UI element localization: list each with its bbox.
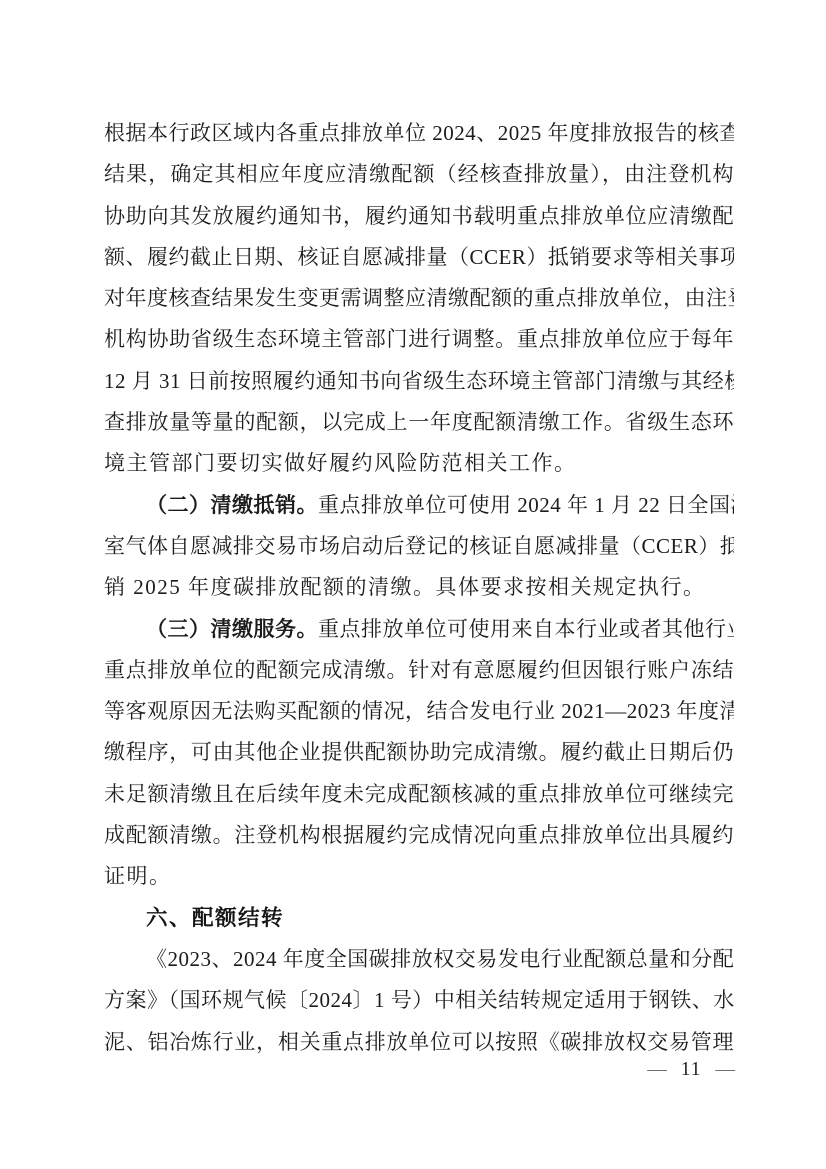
footer-dash-right: — bbox=[716, 1056, 736, 1084]
body-line: 成配额清缴。注登机构根据履约完成情况向重点排放单位出具履约 bbox=[104, 815, 734, 856]
body-line: 查排放量等量的配额，以完成上一年度配额清缴工作。省级生态环 bbox=[104, 402, 734, 443]
body-line: 重点排放单位的配额完成清缴。针对有意愿履约但因银行账户冻结 bbox=[104, 650, 734, 691]
body-line: 对年度核查结果发生变更需调整应清缴配额的重点排放单位，由注登 bbox=[104, 278, 734, 319]
body-line-with-heading: （二）清缴抵销。重点排放单位可使用 2024 年 1 月 22 日全国温 bbox=[104, 485, 734, 526]
body-line: 境主管部门要切实做好履约风险防范相关工作。 bbox=[104, 443, 734, 484]
body-line: 根据本行政区域内各重点排放单位 2024、2025 年度排放报告的核查 bbox=[104, 113, 734, 154]
page-number: 11 bbox=[681, 1056, 702, 1084]
body-line: 销 2025 年度碳排放配额的清缴。具体要求按相关规定执行。 bbox=[104, 567, 734, 608]
body-line: 方案》（国环规气候〔2024〕1 号）中相关结转规定适用于钢铁、水 bbox=[104, 980, 734, 1021]
body-line: 缴程序，可由其他企业提供配额协助完成清缴。履约截止日期后仍 bbox=[104, 732, 734, 773]
paragraph-lead-qingjiao-fuwu: （三）清缴服务。 bbox=[146, 617, 318, 641]
body-line: 结果，确定其相应年度应清缴配额（经核查排放量），由注登机构 bbox=[104, 154, 734, 195]
footer-dash-left: — bbox=[647, 1056, 667, 1084]
body-line: 证明。 bbox=[104, 856, 734, 897]
body-line: 《2023、2024 年度全国碳排放权交易发电行业配额总量和分配 bbox=[104, 939, 734, 980]
body-line-with-heading: （三）清缴服务。重点排放单位可使用来自本行业或者其他行业 bbox=[104, 609, 734, 650]
section-heading-quota-rollover: 六、配额结转 bbox=[104, 898, 734, 939]
body-line: 等客观原因无法购买配额的情况，结合发电行业 2021—2023 年度清 bbox=[104, 691, 734, 732]
body-line: 协助向其发放履约通知书，履约通知书载明重点排放单位应清缴配 bbox=[104, 196, 734, 237]
body-line: 未足额清缴且在后续年度未完成配额核减的重点排放单位可继续完 bbox=[104, 774, 734, 815]
body-line: 机构协助省级生态环境主管部门进行调整。重点排放单位应于每年 bbox=[104, 319, 734, 360]
body-line: 泥、铝冶炼行业，相关重点排放单位可以按照《碳排放权交易管理 bbox=[104, 1022, 734, 1063]
body-line-text: 重点排放单位可使用来自本行业或者其他行业 bbox=[318, 617, 734, 641]
body-line: 室气体自愿减排交易市场启动后登记的核证自愿减排量（CCER）抵 bbox=[104, 526, 734, 567]
paragraph-lead-qingjiao-dixiao: （二）清缴抵销。 bbox=[146, 493, 318, 517]
document-page: 根据本行政区域内各重点排放单位 2024、2025 年度排放报告的核查 结果，确… bbox=[0, 0, 826, 1169]
body-line-text: 重点排放单位可使用 2024 年 1 月 22 日全国温 bbox=[318, 493, 734, 517]
page-footer: — 11 — bbox=[647, 1056, 735, 1084]
document-body: 根据本行政区域内各重点排放单位 2024、2025 年度排放报告的核查 结果，确… bbox=[104, 113, 734, 1063]
body-line: 额、履约截止日期、核证自愿减排量（CCER）抵销要求等相关事项。 bbox=[104, 237, 734, 278]
body-line: 12 月 31 日前按照履约通知书向省级生态环境主管部门清缴与其经核 bbox=[104, 361, 734, 402]
